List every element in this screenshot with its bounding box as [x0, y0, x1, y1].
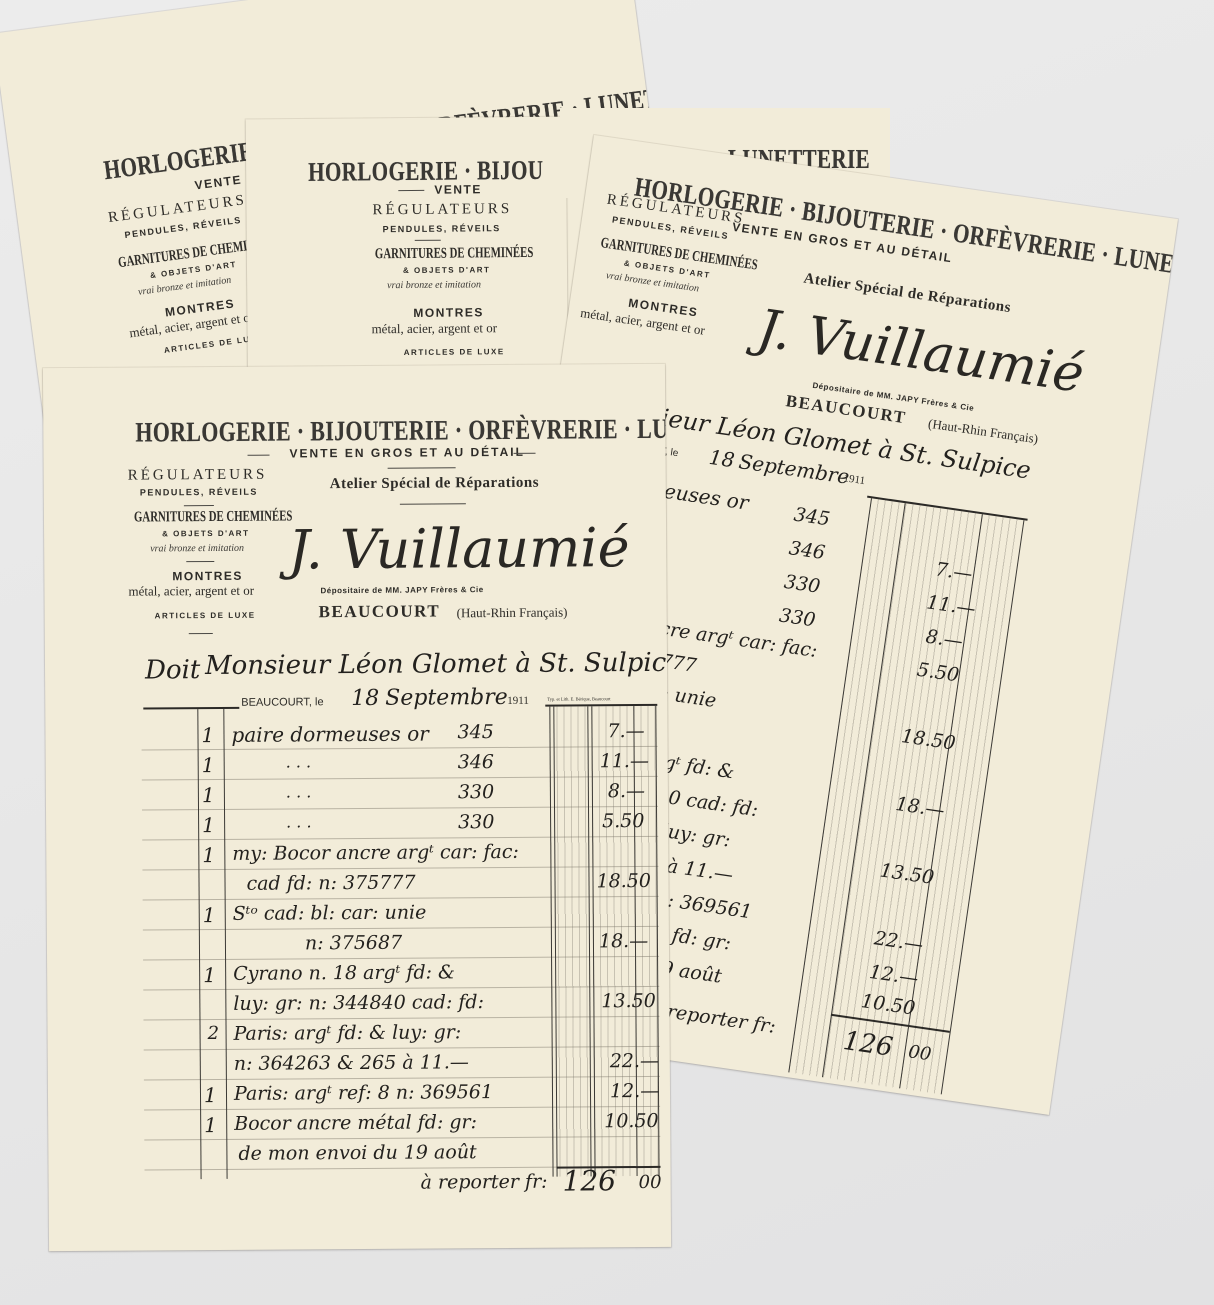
ornament-line: [388, 467, 456, 468]
date-day: 18: [708, 445, 737, 472]
ornament-line: [248, 455, 270, 456]
left-regulateurs: RÉGULATEURS: [372, 201, 512, 219]
merchant-name: J. Vuillaumié: [288, 516, 630, 581]
city-text: BEAUCOURT: [319, 601, 441, 622]
line-qty: 2: [208, 1023, 220, 1044]
date-day: 18: [351, 686, 379, 711]
left-garnitures: GARNITURES DE CHEMINÉES: [134, 508, 293, 526]
date-year: 1911: [507, 695, 529, 707]
total-cents: 00: [907, 1041, 933, 1065]
line-amount: 5.50: [602, 810, 644, 832]
date-prefix: BEAUCOURT, le: [241, 696, 323, 709]
left-articles: ARTICLES DE LUXE: [404, 347, 505, 357]
line-desc: n: 364263 & 265 à 11.—: [234, 1051, 469, 1075]
line-ref: 345: [457, 721, 493, 743]
line-qty: 1: [202, 813, 215, 837]
line-amount: 10.50: [604, 1110, 659, 1132]
left-montres: MONTRES: [172, 569, 243, 583]
line-qty: 1: [202, 783, 215, 807]
ornament-line: [184, 505, 214, 506]
line-desc: Bocor ancre métal fd: gr:: [234, 1111, 477, 1135]
line-ref: 346: [458, 751, 494, 773]
line-ref: 330: [783, 571, 822, 598]
line-qty: 1: [203, 963, 216, 987]
line-amount: 12.—: [610, 1080, 659, 1102]
line-desc: luy: gr: n: 344840 cad: fd:: [233, 991, 484, 1015]
atelier-text: Atelier Spécial de Réparations: [330, 475, 539, 493]
ornament-line: [415, 240, 441, 241]
date-rule-left: [143, 707, 239, 710]
line-amount: 8.—: [608, 780, 645, 802]
line-amount: 7.—: [607, 720, 644, 742]
line-desc: Cyrano n. 18 argᵗ fd: &: [233, 961, 455, 985]
line-ref: 346: [788, 537, 827, 564]
line-desc: de mon envoi du 19 août: [238, 1141, 476, 1165]
line-amount: 11.—: [600, 750, 649, 772]
merchant-name: J. Vuillaumié: [754, 299, 1088, 405]
depositaire-text: Dépositaire de MM. JAPY Frères & Cie: [320, 585, 483, 595]
line-desc: Paris: argᵗ fd: & luy: gr:: [234, 1021, 462, 1045]
line-desc: my: Bocor ancre argᵗ car: fac:: [232, 841, 519, 865]
customer-name: Monsieur Léon Glomet à St. Sulpice: [205, 648, 671, 681]
line-ref: 330: [458, 811, 494, 833]
line-desc: . . .: [286, 752, 312, 771]
line-amount: 22.—: [610, 1050, 659, 1072]
left-montres: MONTRES: [413, 305, 484, 320]
left-articles: ARTICLES DE LUXE: [155, 611, 256, 621]
line-desc: . . .: [286, 782, 312, 801]
left-garnitures: GARNITURES DE CHEMINÉES: [375, 245, 534, 263]
doit-label: Doit: [145, 655, 200, 685]
letterhead-subtitle: VENTE EN GROS ET AU DÉTAIL: [289, 445, 524, 461]
date-month: Septembre: [385, 685, 508, 711]
line-amount: 13.50: [601, 990, 656, 1012]
left-objets: & OBJETS D'ART: [162, 529, 249, 539]
letterhead-subtitle: VENTE: [434, 182, 482, 196]
line-desc: paire dormeuses or: [231, 721, 428, 746]
line-qty: 1: [204, 1083, 217, 1107]
line-desc: cad fd: n: 375777: [246, 872, 415, 895]
ornament-line: [189, 633, 213, 634]
line-qty: 1: [201, 723, 214, 747]
invoice-sheet-front: HORLOGERIE · BIJOUTERIE · ORFÈVRERIE · L…: [43, 364, 671, 1251]
line-qty: 1: [202, 843, 215, 867]
left-bronze: vrai bronze et imitation: [150, 543, 244, 555]
total-cents: 00: [639, 1172, 662, 1193]
line-ref: 345: [792, 504, 831, 531]
left-pendules: PENDULES, RÉVEILS: [140, 487, 258, 498]
line-qty: 1: [203, 903, 216, 927]
line-desc: Sᵗᵒ cad: bl: car: unie: [233, 902, 427, 925]
line-amount: 18.—: [599, 930, 648, 952]
left-metaux: métal, acier, argent et or: [128, 583, 254, 600]
region-text: (Haut-Rhin Français): [927, 416, 1039, 448]
letterhead-title: HORLOGERIE · BIJOU: [308, 155, 543, 188]
ornament-line: [398, 190, 424, 191]
ornament-line: [186, 561, 214, 562]
line-desc: . . .: [286, 812, 312, 831]
line-qty: 1: [204, 1113, 217, 1137]
region-text: (Haut-Rhin Français): [457, 605, 568, 622]
letterhead-title: HORLOGERIE · BIJOUTERIE · ORFÈVRERIE · L…: [135, 413, 671, 450]
line-desc: Paris: argᵗ ref: 8 n: 369561: [234, 1081, 493, 1105]
total-francs: 126: [562, 1164, 616, 1197]
line-desc: n: 375687: [305, 932, 402, 955]
line-amount: 18.50: [596, 870, 651, 892]
ornament-line: [514, 453, 536, 454]
left-pendules: PENDULES, RÉVEILS: [383, 223, 501, 234]
left-regulateurs: RÉGULATEURS: [128, 467, 268, 485]
ornament-line: [400, 503, 466, 504]
carry-label: à reporter fr:: [421, 1171, 548, 1194]
left-bronze: vrai bronze et imitation: [387, 279, 481, 291]
line-ref: 330: [458, 781, 494, 803]
line-qty: 1: [202, 753, 215, 777]
line-ref: 330: [778, 604, 817, 631]
left-objets: & OBJETS D'ART: [403, 265, 490, 275]
printer-credit: Typ. et Lith. E. Bérique, Beaucourt: [547, 696, 610, 701]
left-metaux: métal, acier, argent et or: [371, 320, 497, 337]
